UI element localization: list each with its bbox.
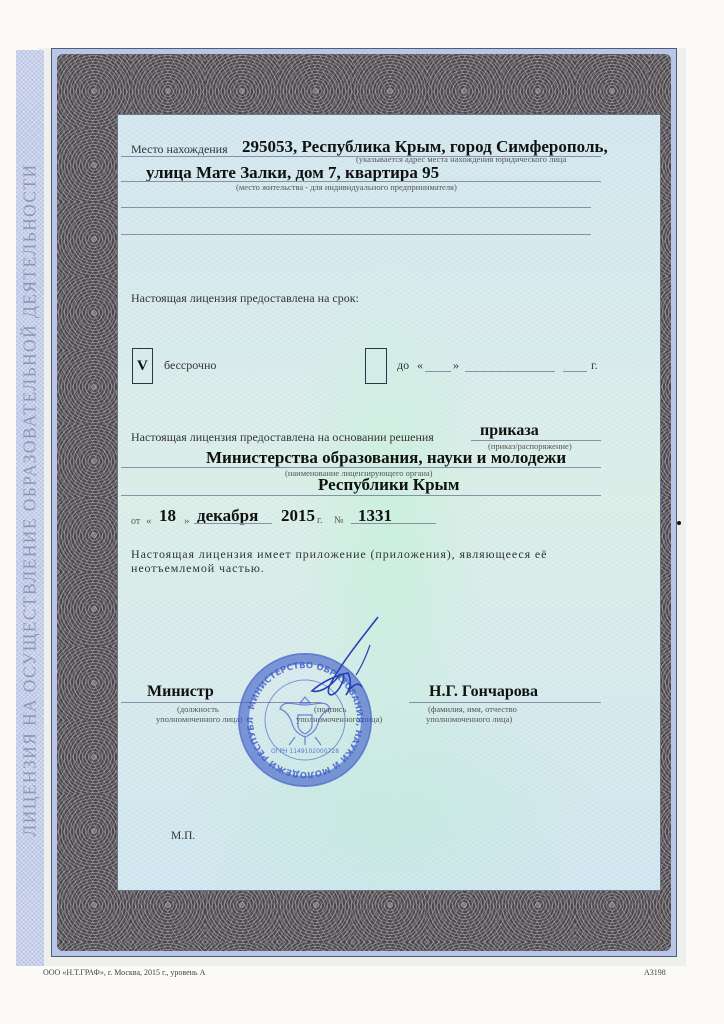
until-quote-open: « [417,358,423,373]
signatory-position: Министр [147,683,214,701]
license-content: Место нахождения 295053, Республика Крым… [51,48,677,957]
seal-ogrn: ОГРН 1149102000728 [271,748,339,755]
until-year-field[interactable] [563,371,587,372]
printer-imprint: ООО «Н.Т.ГРАФ», г. Москва, 2015 г., уров… [43,968,205,977]
date-quote-close: » [184,515,190,527]
decision-day: 18 [159,506,176,526]
location-underline-3 [121,207,591,208]
location-hint-line2: (место жительства - для индивидуального … [236,182,457,192]
side-caption: ЛИЦЕНЗИЯ НА ОСУЩЕСТВЛЕНИЕ ОБРАЗОВАТЕЛЬНО… [20,163,41,836]
name-hint-2: уполномоченного лица) [426,714,512,724]
appendix-note: Настоящая лицензия имеет приложение (при… [131,547,601,575]
until-quote-close: » [453,358,459,373]
location-underline-2 [121,181,601,182]
date-quote-open: « [146,515,152,527]
punch-mark [677,521,681,525]
seal-place-label: М.П. [171,830,195,842]
indefinite-label: бессрочно [164,358,216,373]
authority-underline-2 [121,495,601,496]
position-hint-2: уполномоченного лица) [156,714,242,724]
decision-year: 2015 [281,506,315,526]
until-date-checkbox[interactable] [365,348,387,384]
location-label: Место нахождения [131,142,228,157]
number-prefix: № [334,515,344,526]
term-heading: Настоящая лицензия предоставлена на срок… [131,291,359,306]
basis-label: Настоящая лицензия предоставлена на осно… [131,430,434,445]
date-year-suffix: г. [317,515,322,526]
name-hint-1: (фамилия, имя, отчество [428,704,517,714]
decision-type: приказа [480,422,539,440]
form-serial: А3198 [644,968,666,977]
signatory-name: Н.Г. Гончарова [429,683,538,701]
until-month-field[interactable] [465,371,555,372]
handwritten-signature [300,615,380,715]
indefinite-check-mark: V [137,358,148,375]
location-value-line2: улица Мате Залки, дом 7, квартира 95 [146,163,439,183]
until-label: до [397,358,409,373]
date-prefix: от [131,516,140,527]
authority-line2: Республики Крым [318,475,459,495]
position-hint-1: (должность [177,704,219,714]
number-underline [351,523,436,524]
indefinite-checkbox[interactable]: V [132,348,153,384]
until-day-field[interactable] [425,371,451,372]
location-underline-4 [121,234,591,235]
authority-line1: Министерства образования, науки и молоде… [206,448,566,468]
until-year-suffix: г. [591,358,598,373]
location-underline-1 [121,156,601,157]
month-underline [194,523,272,524]
name-underline [409,702,601,703]
